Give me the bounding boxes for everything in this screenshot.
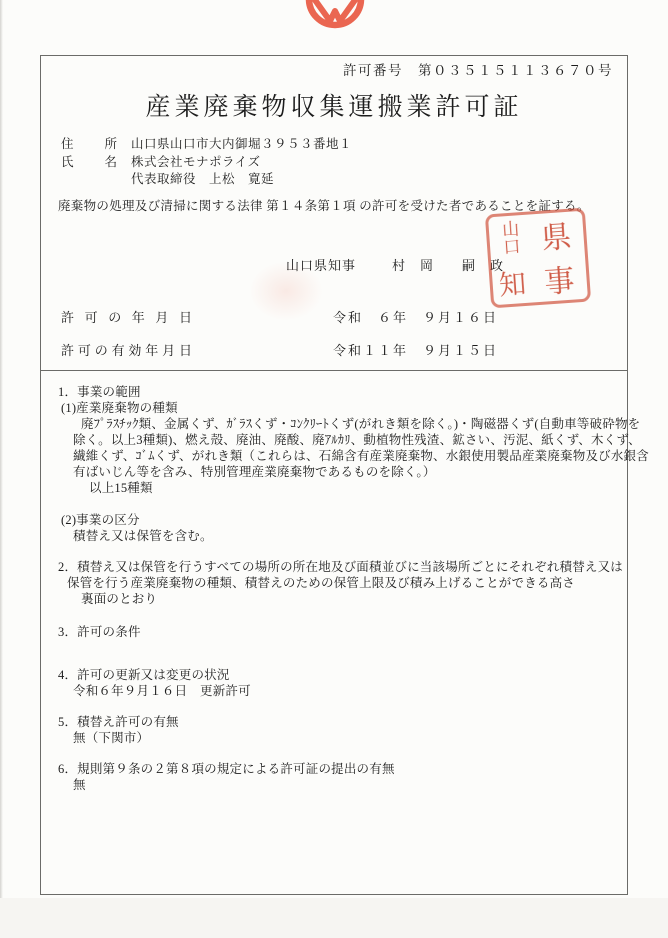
section-2-line-3: 裏面のとおり [81, 591, 621, 607]
section-3-heading: 3．許可の条件 [58, 624, 621, 640]
validity-date-row: 許可の有効年月日 令和１１年 ９月１５日 [61, 340, 601, 359]
waste-types-line-1: 廃ﾌﾟﾗｽﾁｯｸ類、金属くず、ｶﾞﾗｽくず・ｺﾝｸﾘｰﾄくず(がれき類を除く。)… [81, 416, 621, 432]
waste-types-line-2: 除く。以上3種類)、燃え殻、廃油、廃酸、廃ｱﾙｶﾘ、動植物性残渣、鉱さい、汚泥、… [73, 432, 621, 448]
holder-representative-row: 代表取締役 上松 寛延 [61, 169, 117, 187]
holder-address-row: 住所 山口県山口市大内御堀３９５３番地１ [61, 134, 117, 152]
section-6-body: 無 [73, 777, 621, 793]
representative-value: 代表取締役 上松 寛延 [131, 169, 274, 187]
scan-bottom-margin [0, 898, 668, 938]
certificate-border-box: 許可番号 第０３５１５１１３６７０号 産業廃棄物収集運搬業許可証 住所 山口県山… [40, 55, 628, 895]
scanned-permit-document: { "document": { "permit_number": "許可番号 第… [0, 0, 668, 938]
address-value: 山口県山口市大内御堀３９５３番地１ [131, 134, 352, 152]
holder-info-block: 住所 山口県山口市大内御堀３９５３番地１ 氏名 株式会社モナポライズ 代表取締役… [61, 134, 117, 187]
permit-number: 許可番号 第０３５１５１１３６７０号 [343, 59, 613, 79]
permit-date-row: 許可の年月日 令和 ６年 ９月１６日 [61, 307, 601, 326]
seal-char-chi: 知 [491, 259, 533, 306]
waste-types-line-3: 繊維くず、ｺﾞﾑくず、がれき類（これらは、石綿含有産業廃棄物、水銀使用製品産業廃… [73, 448, 621, 464]
section-5-heading: 5．積替え許可の有無 [58, 714, 621, 730]
seal-char-ken: 県 [527, 211, 584, 259]
waste-types-line-4: 有ばいじん等を含み、特別管理産業廃棄物であるものを除く。） [73, 464, 621, 480]
section-5-body: 無（下関市） [73, 730, 621, 746]
section-1-sub2-body: 積替え又は保管を含む。 [73, 528, 621, 544]
seal-char-ji: 事 [530, 255, 587, 303]
scan-edge-shadow [0, 0, 3, 938]
section-6-heading: 6．規則第９条の２第８項の規定による許可証の提出の有無 [58, 761, 621, 777]
address-label: 住所 [61, 134, 117, 152]
section-2-line-1: 2．積替え又は保管を行うすべての場所の所在地及び面積並びに当該場所ごとにそれぞれ… [58, 559, 621, 575]
governor-seal-stamp: 山口 県 知 事 [485, 208, 591, 309]
section-4-body: 令和６年９月１６日 更新許可 [73, 683, 621, 699]
prefecture-emblem-icon [303, 0, 367, 30]
document-title: 産業廃棄物収集運搬業許可証 [41, 87, 627, 123]
validity-date-value: 令和１１年 ９月１５日 [333, 340, 498, 359]
holder-name-row: 氏名 株式会社モナポライズ [61, 152, 117, 170]
seal-char-yamaguchi: 山口 [488, 215, 530, 262]
section-1-sub2-heading: (2)事業の区分 [61, 512, 621, 528]
permit-date-label: 許可の年月日 [61, 307, 193, 326]
section-1-heading: 1．事業の範囲 [58, 384, 621, 400]
section-divider-line [41, 370, 627, 371]
details-section: 1．事業の範囲 (1)産業廃棄物の種類 廃ﾌﾟﾗｽﾁｯｸ類、金属くず、ｶﾞﾗｽく… [58, 384, 621, 793]
waste-types-total: 以上15種類 [89, 480, 621, 496]
name-label: 氏名 [61, 152, 117, 170]
prefecture-emblem-stamp [303, 0, 367, 30]
permit-date-value: 令和 ６年 ９月１６日 [333, 307, 498, 326]
section-1-sub1-heading: (1)産業廃棄物の種類 [61, 400, 621, 416]
certification-statement: 廃棄物の処理及び清掃に関する法律 第１４条第１項 の許可を受けた者であることを証… [58, 196, 590, 214]
name-value: 株式会社モナポライズ [131, 152, 261, 170]
section-4-heading: 4．許可の更新又は変更の状況 [58, 667, 621, 683]
section-2-line-2: 保管を行う産業廃棄物の種類、積替えのための保管上限及び積み上げることができる高さ [67, 575, 621, 591]
validity-date-label: 許可の有効年月日 [61, 340, 193, 359]
